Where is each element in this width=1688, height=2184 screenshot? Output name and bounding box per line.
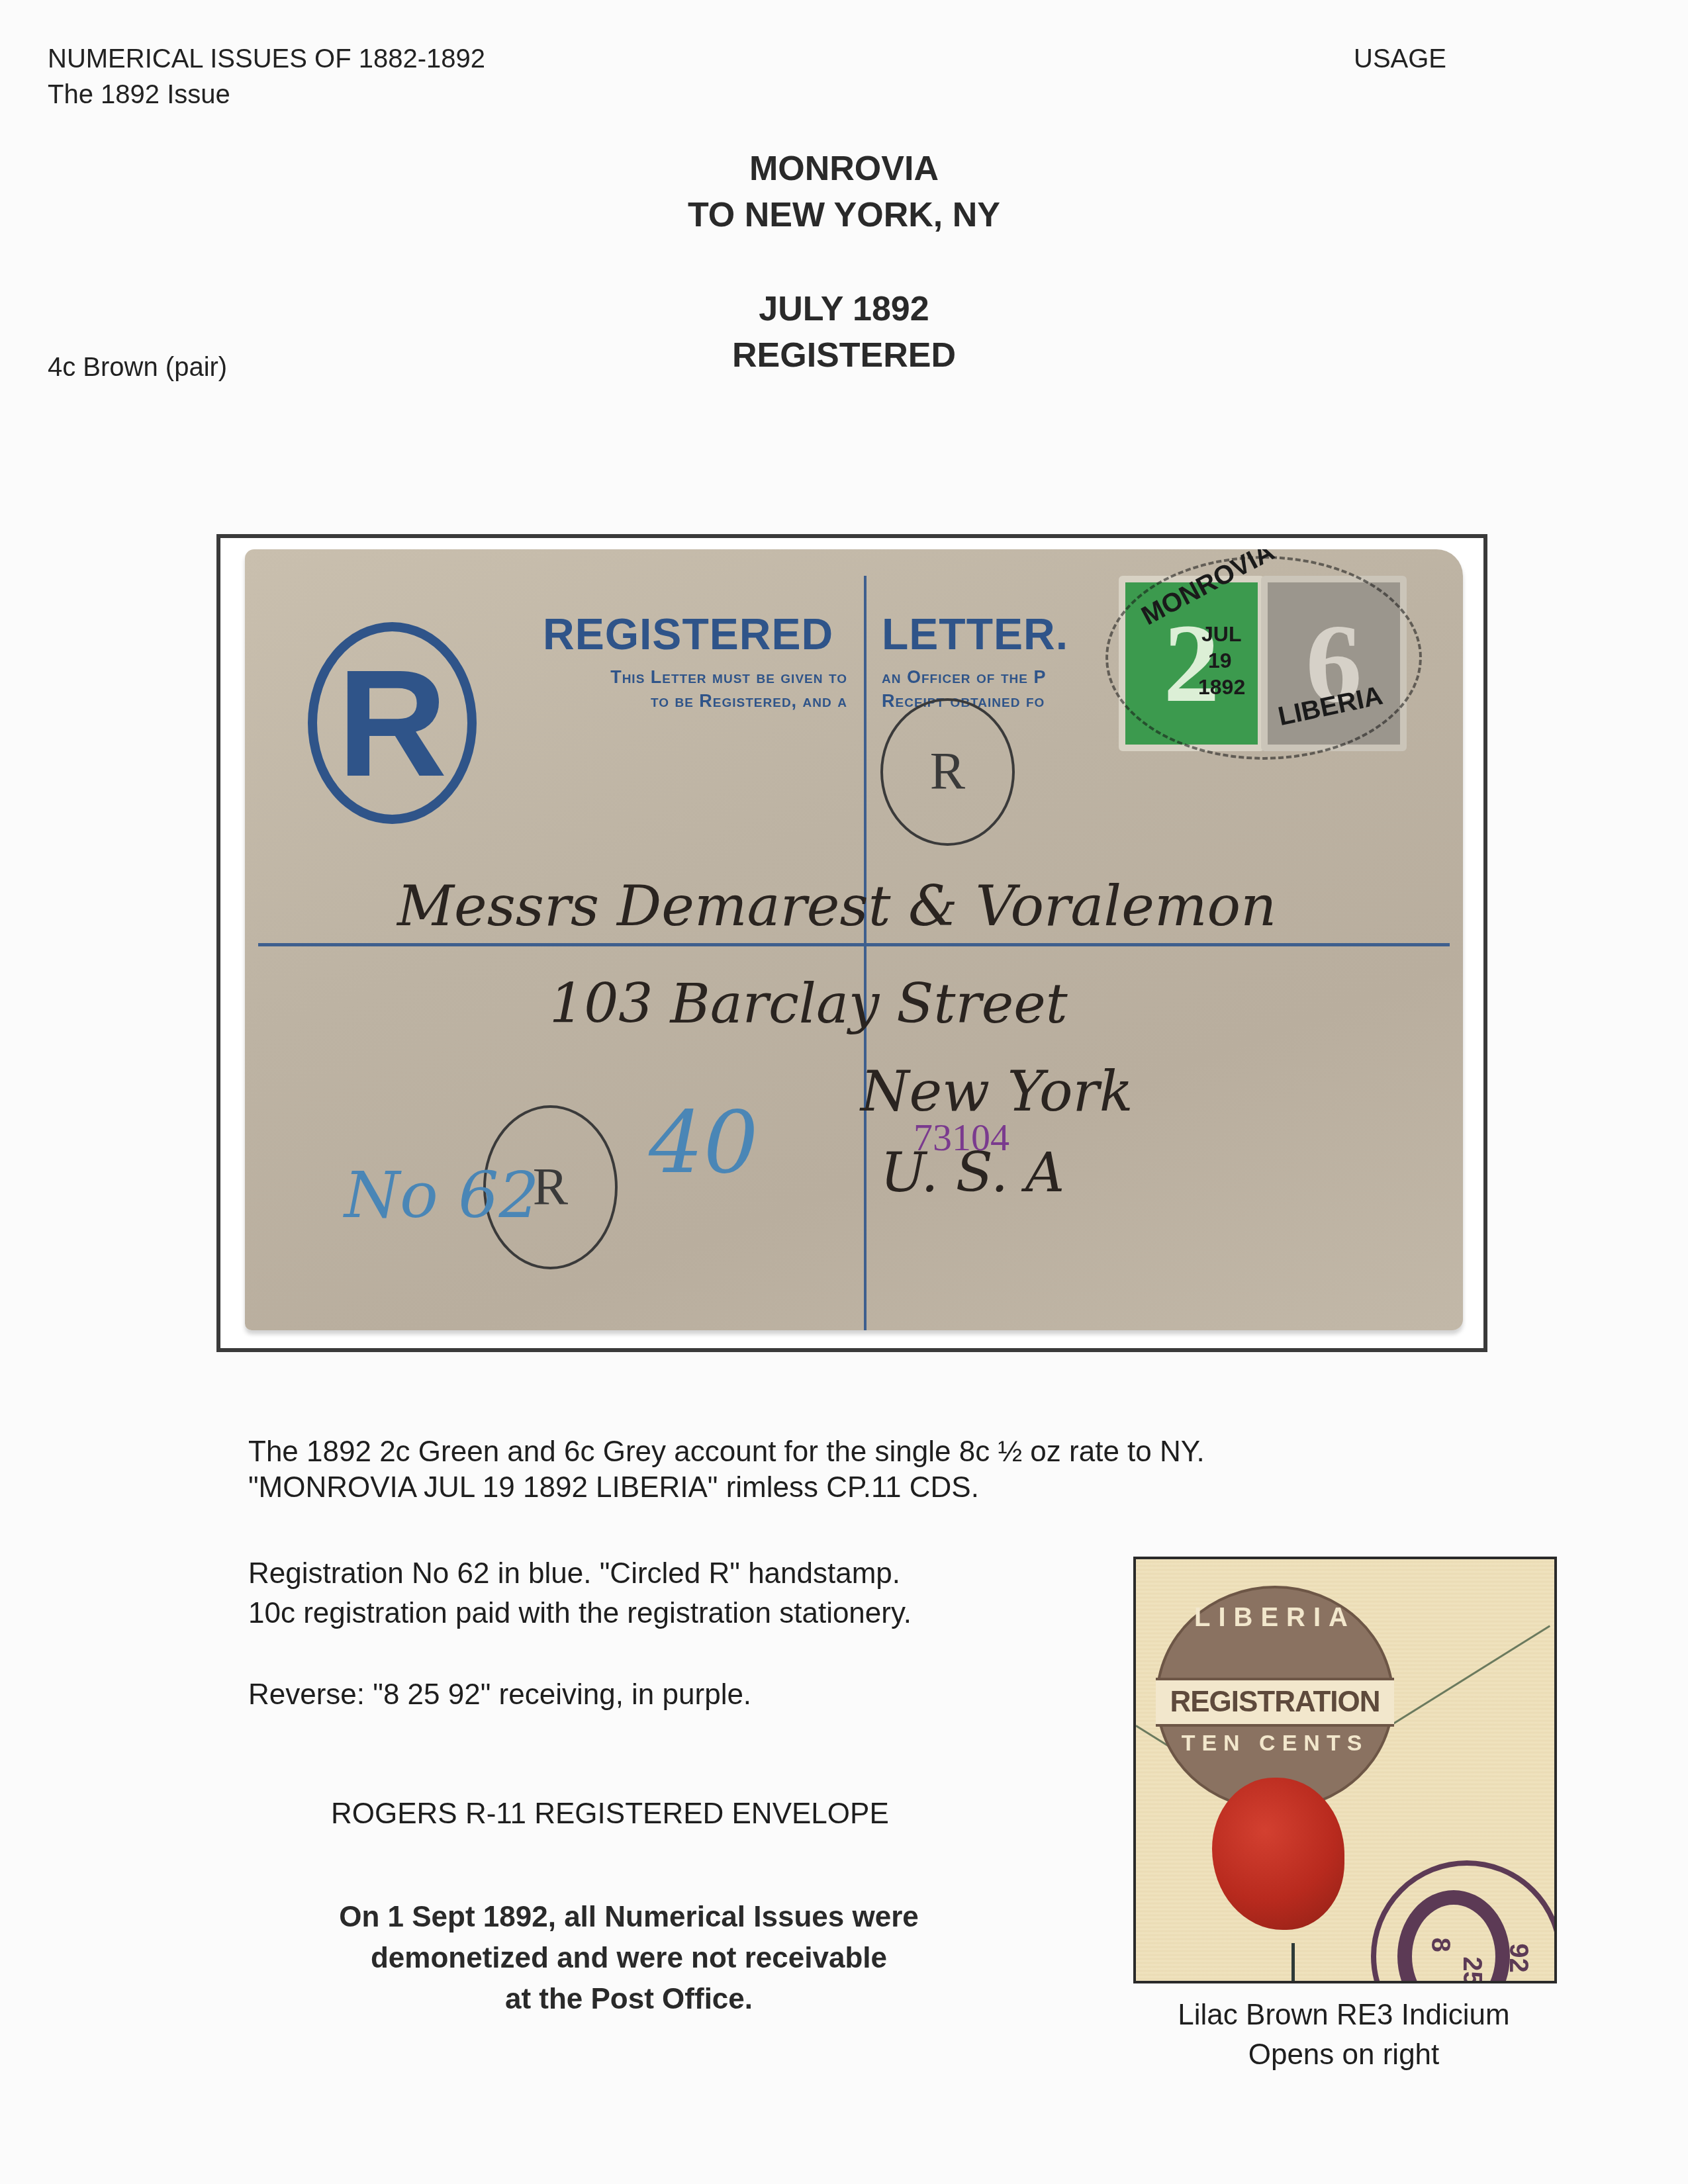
receiving-day: 25 (1457, 1956, 1487, 1983)
address-street: 103 Barclay Street (549, 973, 1068, 1036)
receiving-month: 8 (1425, 1937, 1455, 1952)
service-line: REGISTERED (0, 332, 1688, 379)
printed-heading-letter: LETTER. (882, 609, 1068, 659)
reverse-indicium-inset: LIBERIA REGISTRATION TEN CENTS 8 25 92 (1133, 1557, 1557, 1983)
postmark-month: JUL (1201, 622, 1241, 647)
printed-heading-registered: REGISTERED (543, 609, 833, 659)
description-para1-line2: "MONROVIA JUL 19 1892 LIBERIA" rimless C… (248, 1471, 979, 1505)
instructions-right-1: an Officer of the P (882, 665, 1046, 689)
address-addressee: Messrs Demarest & Voralemon (397, 874, 1276, 938)
envelope-seam (1291, 1943, 1295, 1983)
section-label: USAGE (1354, 41, 1446, 77)
description-para2-line1: Registration No 62 in blue. "Circled R" … (248, 1557, 900, 1591)
envelope-horizontal-rule (258, 943, 1450, 946)
series-title: NUMERICAL ISSUES OF 1882-1892 (48, 41, 485, 77)
postmark-day: 19 (1208, 649, 1232, 673)
receiving-year: 92 (1503, 1943, 1533, 1973)
demonetization-note: On 1 Sept 1892, all Numerical Issues wer… (265, 1897, 993, 2020)
red-wax-seal (1212, 1778, 1344, 1930)
circled-r-handstamp-top: R (880, 698, 1015, 846)
blue-ink-marking: 40 (649, 1092, 758, 1193)
address-city: New York (861, 1059, 1133, 1124)
description-reverse: Reverse: "8 25 92" receiving, in purple. (248, 1678, 751, 1712)
purple-number: 73104 (914, 1115, 1009, 1160)
registered-envelope-image: R REGISTERED LETTER. This Letter must be… (245, 549, 1463, 1330)
monrovia-cds-postmark (1105, 556, 1422, 760)
description-para2-line2: 10c registration paid with the registrat… (248, 1596, 912, 1631)
registration-indicium: LIBERIA REGISTRATION TEN CENTS (1156, 1586, 1394, 1811)
registration-number-blue: No 62 (344, 1158, 539, 1232)
inset-caption-line2: Opens on right (1112, 2035, 1575, 2075)
envelope-vertical-rule (864, 576, 867, 1330)
registered-r-oval-icon: R (308, 622, 477, 824)
issue-subtitle: The 1892 Issue (48, 77, 230, 113)
inset-caption-line1: Lilac Brown RE3 Indicium (1112, 1995, 1575, 2035)
route-line-2: TO NEW YORK, NY (0, 192, 1688, 238)
envelope-type: ROGERS R-11 REGISTERED ENVELOPE (331, 1797, 889, 1831)
instructions-left-1: This Letter must be given to (473, 665, 847, 689)
instructions-left-2: to be Registered, and a (473, 689, 847, 713)
description-para1-line1: The 1892 2c Green and 6c Grey account fo… (248, 1435, 1205, 1469)
date-line: JULY 1892 (0, 286, 1688, 332)
postmark-year: 1892 (1198, 675, 1245, 700)
route-line-1: MONROVIA (0, 146, 1688, 192)
